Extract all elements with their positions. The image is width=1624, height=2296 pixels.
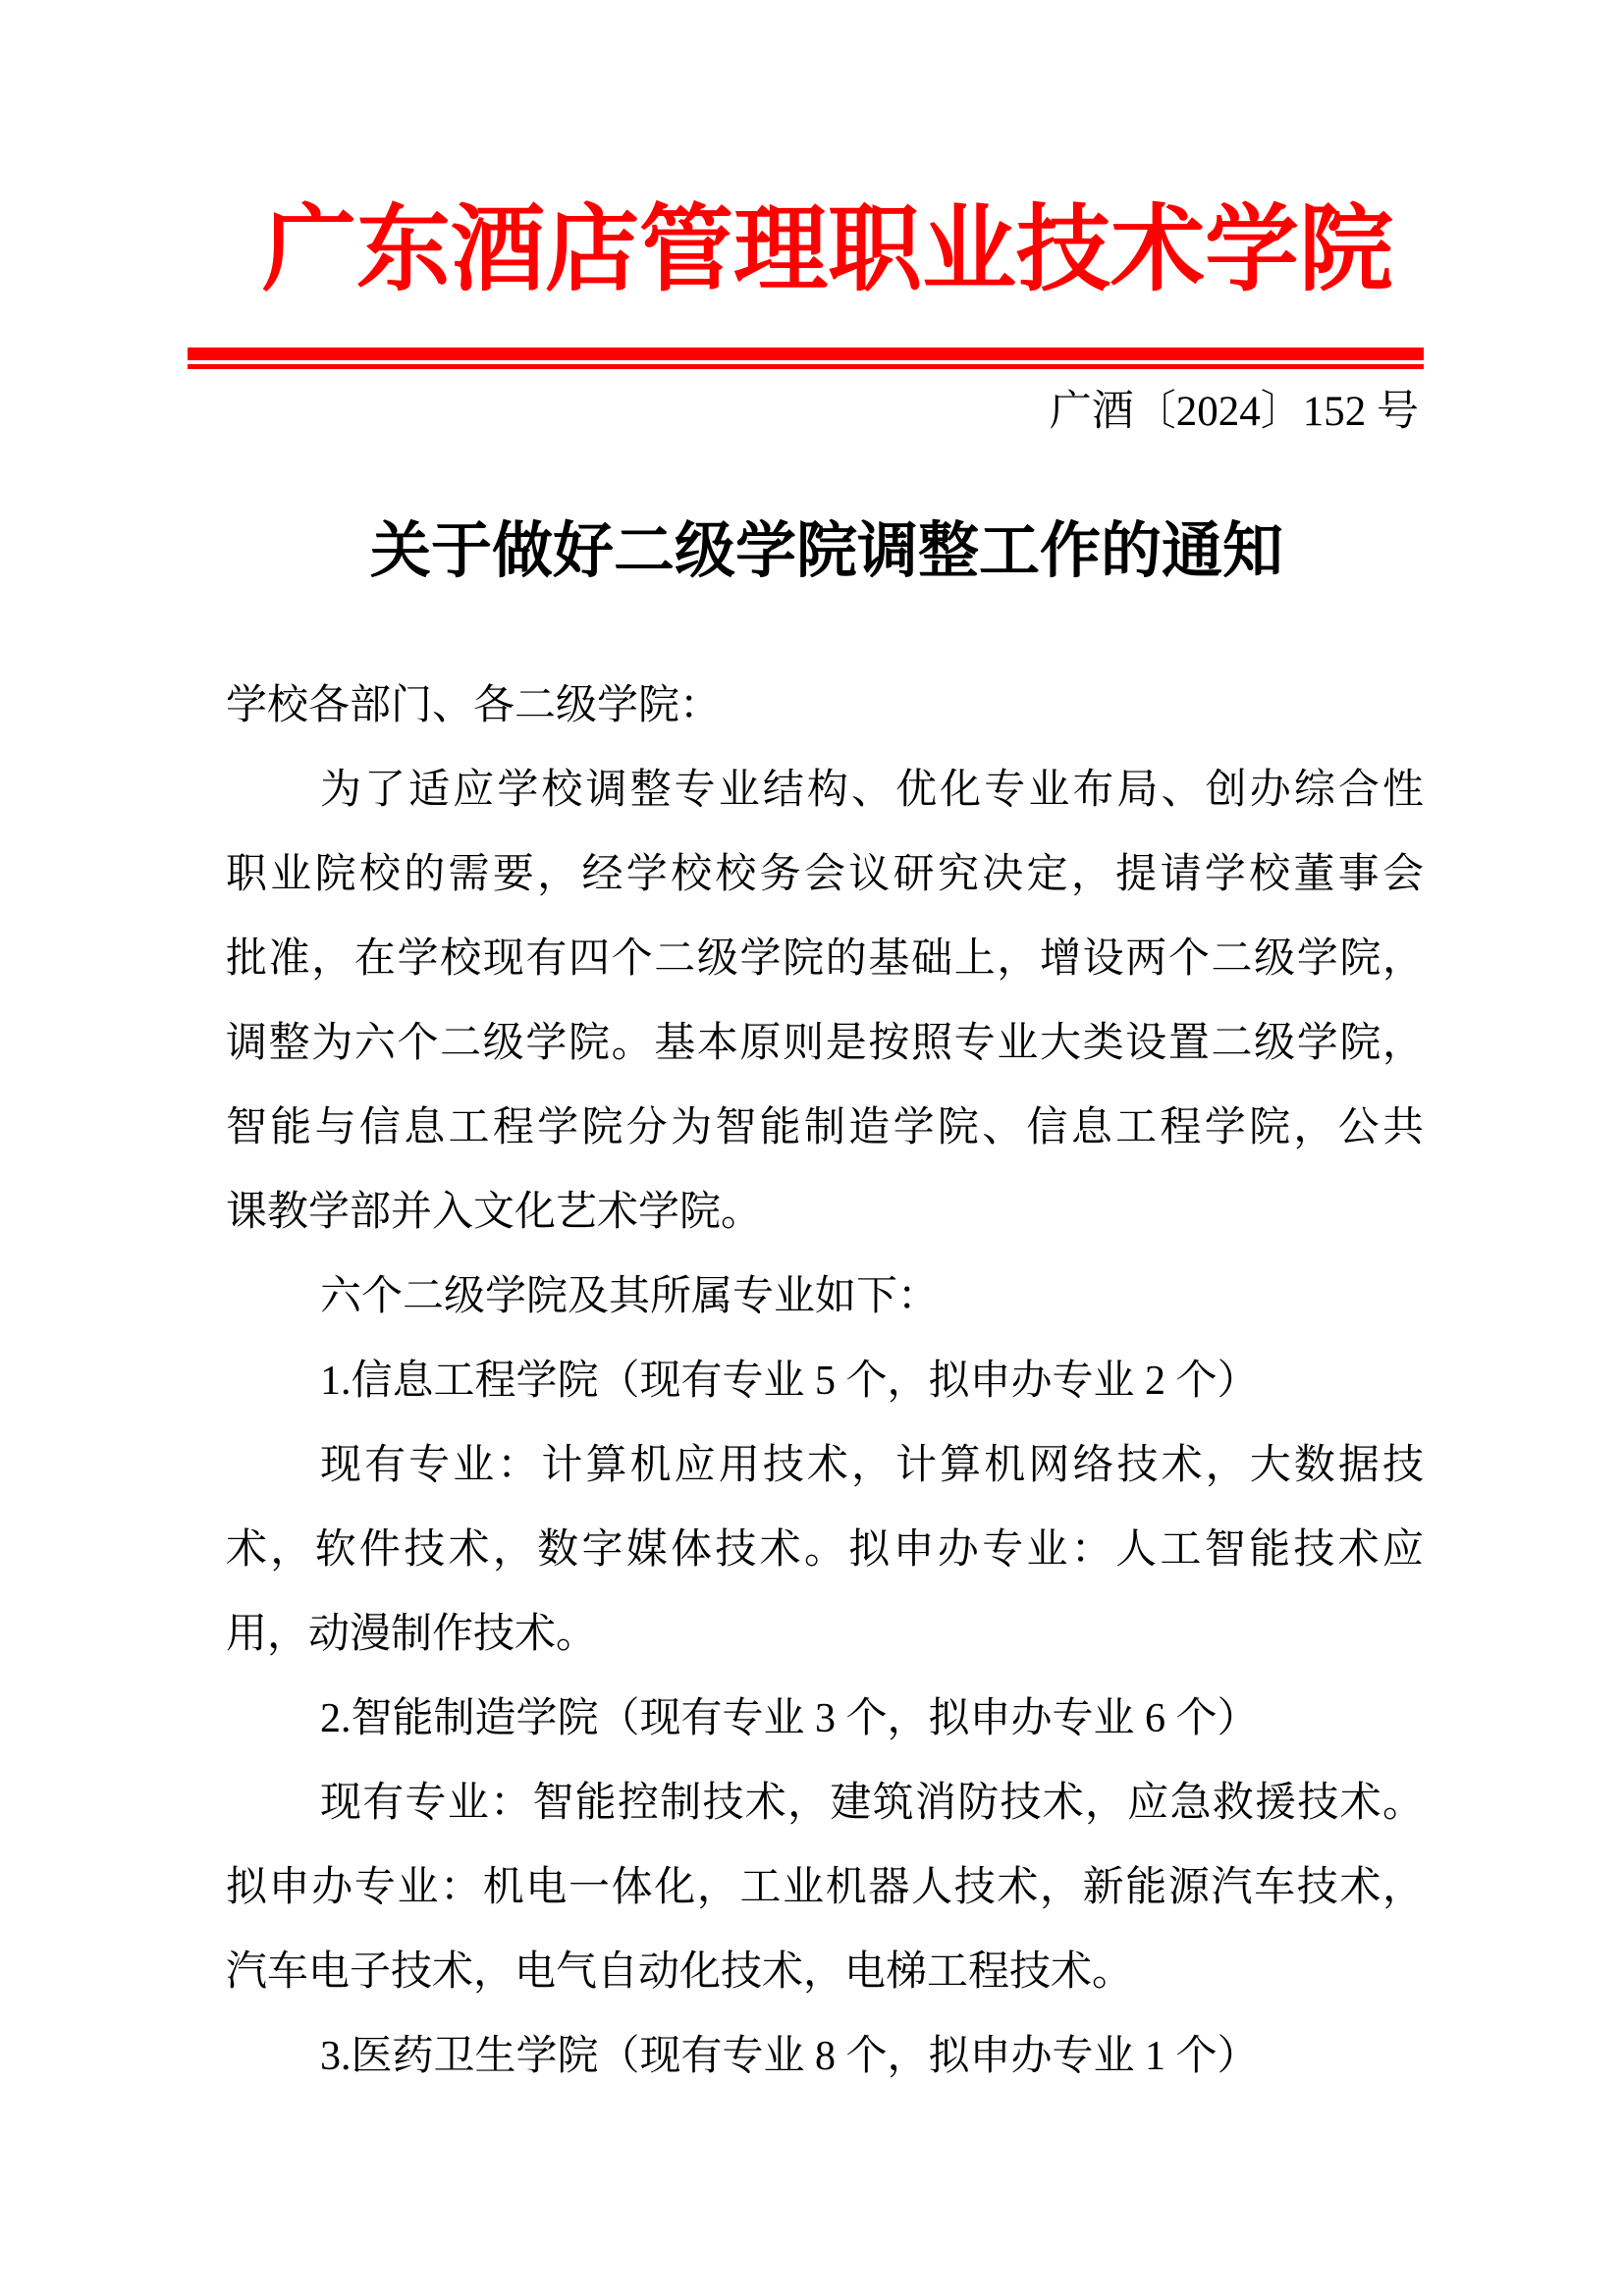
body-line: 批准，在学校现有四个二级学院的基础上，增设两个二级学院， [226, 917, 1424, 1001]
body-line: 课教学部并入文化艺术学院。 [226, 1170, 1424, 1255]
body-line: 术，软件技术，数字媒体技术。拟申办专业：人工智能技术应 [226, 1508, 1424, 1592]
body-line: 学校各部门、各二级学院： [226, 664, 1424, 748]
body-line: 2.智能制造学院（现有专业 3 个，拟申办专业 6 个） [226, 1677, 1424, 1761]
body-line: 调整为六个二级学院。基本原则是按照专业大类设置二级学院， [226, 1001, 1424, 1086]
body-line: 六个二级学院及其所属专业如下： [226, 1255, 1424, 1339]
body-line: 3.医药卫生学院（现有专业 8 个，拟申办专业 1 个） [226, 2014, 1424, 2099]
body-line: 汽车电子技术，电气自动化技术，电梯工程技术。 [226, 1930, 1424, 2014]
body-line: 1.信息工程学院（现有专业 5 个，拟申办专业 2 个） [226, 1339, 1424, 1423]
school-name-header: 广东酒店管理职业技术学院 [0, 198, 1624, 302]
body-line: 用，动漫制作技术。 [226, 1592, 1424, 1677]
body-line: 职业院校的需要，经学校校务会议研究决定，提请学校董事会 [226, 832, 1424, 917]
notice-title: 关于做好二级学院调整工作的通知 [0, 512, 1624, 592]
body-line: 为了适应学校调整专业结构、优化专业布局、创办综合性 [226, 748, 1424, 832]
doc-number: 广酒〔2024〕152 号 [1050, 387, 1419, 438]
body-line: 拟申办专业：机电一体化，工业机器人技术，新能源汽车技术， [226, 1845, 1424, 1930]
document-page: 广东酒店管理职业技术学院 广酒〔2024〕152 号 关于做好二级学院调整工作的… [0, 0, 1624, 2296]
red-separator-thin [188, 364, 1424, 369]
notice-body: 学校各部门、各二级学院：为了适应学校调整专业结构、优化专业布局、创办综合性职业院… [226, 664, 1424, 2099]
body-line: 现有专业：智能控制技术，建筑消防技术，应急救援技术。 [226, 1761, 1424, 1845]
body-line: 现有专业：计算机应用技术，计算机网络技术，大数据技 [226, 1423, 1424, 1508]
red-separator-thick [188, 347, 1424, 360]
body-line: 智能与信息工程学院分为智能制造学院、信息工程学院，公共 [226, 1086, 1424, 1170]
